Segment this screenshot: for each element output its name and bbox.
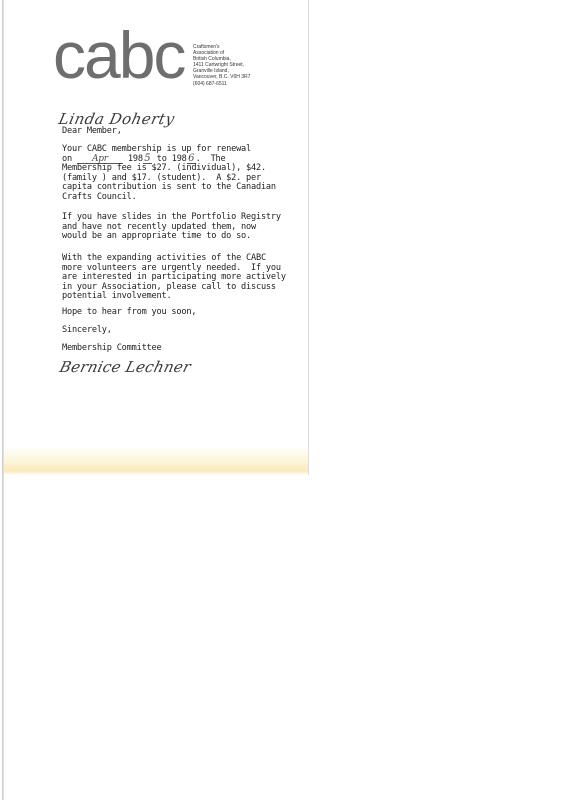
portfolio-paragraph: If you have slides in the Portfolio Regi… (62, 213, 281, 242)
renewal-line-6: Crafts Council. (62, 192, 137, 202)
signatory: Membership Committee (62, 344, 161, 354)
closing-line: Hope to hear from you soon, (62, 308, 196, 318)
sign-off: Sincerely, (62, 326, 112, 336)
year-start-prefix: 198 (123, 154, 143, 164)
volunteer-line: are interested in participating more act… (62, 272, 286, 282)
cabc-logo: cabc (53, 22, 184, 88)
renewal-line-1: Your CABC membership is up for renewal (62, 144, 251, 154)
portfolio-line: If you have slides in the Portfolio Regi… (62, 212, 281, 222)
renewal-line-2-prefix: on (62, 154, 77, 164)
volunteer-line: potential involvement. (62, 291, 171, 301)
renewal-paragraph: Your CABC membership is up for renewal o… (62, 145, 276, 203)
address-line: (604) 687-6511 (193, 81, 250, 87)
volunteer-line: in your Association, please call to disc… (62, 282, 276, 292)
portfolio-line: would be an appropriate time to do so. (62, 231, 251, 241)
portfolio-line: and have not recently updated them, now (62, 222, 256, 232)
handwritten-signature: Bernice Lechner (58, 358, 193, 376)
volunteer-line: With the expanding activities of the CAB… (62, 253, 266, 263)
to-text: to 198 (152, 154, 187, 164)
renewal-line-3: Membership fee is $27. (individual), $42… (62, 163, 266, 173)
volunteer-line: more volunteers are urgently needed. If … (62, 263, 281, 273)
salutation: Dear Member, (62, 127, 122, 137)
letterhead-address: Craftsmen's Association of British Colum… (193, 44, 250, 87)
renewal-line-5: capita contribution is sent to the Canad… (62, 182, 276, 192)
volunteer-paragraph: With the expanding activities of the CAB… (62, 254, 286, 302)
renewal-line-2-suffix: . The (196, 154, 226, 164)
renewal-line-4: (family ) and $17. (student). A $2. per (62, 173, 261, 183)
address-line: Vancouver, B.C. V6H 3R7 (193, 74, 250, 80)
paper-stain (4, 447, 308, 475)
